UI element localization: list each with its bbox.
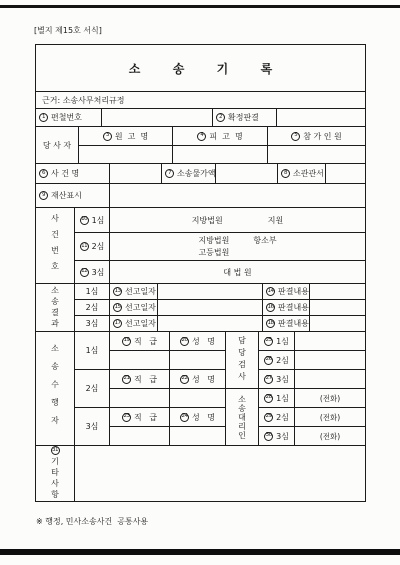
prosecutor-trial1-label: 25 1심 [259, 332, 295, 350]
prosecutor-row-trial1: 25 1심 [259, 332, 365, 351]
circled-number-3: 3 [103, 132, 112, 141]
trial2-label: 11 2심 [75, 233, 110, 260]
case-number-section: 사건번호 10 1심 지방법원 지원 [36, 208, 365, 284]
verdict-content-value [310, 300, 365, 315]
prosecutor-label: 담당검사 [226, 332, 259, 388]
rank-value [110, 389, 170, 407]
case-number-grid: 10 1심 지방법원 지원 11 [75, 208, 365, 283]
attorney-trial1-value: (전화) [295, 389, 365, 407]
etc-section: 31 기타사항 [36, 446, 365, 501]
circled-number-12: 12 [80, 268, 89, 277]
circled-number-28: 28 [264, 394, 273, 403]
verdict-date-label: 15 선고일자 [110, 300, 158, 315]
prosecutor-block: 담당검사 25 1심 [226, 332, 365, 389]
competent-office-label: 8 소관관서 [278, 164, 326, 183]
performer-header-row: 23 직 급 24 성 명 [110, 408, 225, 427]
parties-header-row: 3 원 고 명 4 피 고 명 5 참 가 인 원 [79, 127, 365, 146]
verdict-date-label: 13 선고일자 [110, 284, 158, 299]
circled-number-1: 1 [39, 113, 48, 122]
circled-number-2: 2 [216, 113, 225, 122]
parties-grid: 3 원 고 명 4 피 고 명 5 참 가 인 원 [79, 127, 365, 163]
performer-section: 소송수행자 1심 19 직 급 20 [36, 332, 365, 446]
defendant-name-header: 4 피 고 명 [173, 127, 268, 145]
intervenor-count-value [268, 146, 365, 163]
attorney-trial3-label: 30 3심 [259, 427, 295, 445]
attorney-trial2-value: (전화) [295, 408, 365, 426]
final-judgment-label: 2 확정판결 [213, 109, 277, 126]
circled-number-4: 4 [197, 132, 206, 141]
verdict-content-label: 18 판결내용 [263, 316, 310, 331]
prosecutor-row-trial2: 26 2심 [259, 351, 365, 370]
final-judgment-value [277, 109, 365, 126]
performer-section-label: 소송수행자 [36, 332, 75, 445]
result-row-trial1: 1심 13 선고일자 14 판결내용 [75, 284, 365, 300]
supreme-court-text: 대 법 원 [110, 261, 365, 283]
trial1-court-cell: 지방법원 지원 [110, 208, 365, 232]
case-number-row-trial2: 11 2심 지방법원 고등법원 항소부 [75, 233, 365, 261]
circled-number-8: 8 [281, 169, 290, 178]
attorney-block: 소송대리인 28 1심 (전화) [226, 389, 365, 445]
attorney-label: 소송대리인 [226, 389, 259, 445]
circled-number-16: 16 [266, 303, 275, 312]
circled-number-13: 13 [113, 287, 122, 296]
circled-number-18: 18 [266, 319, 275, 328]
circled-number-7: 7 [165, 169, 174, 178]
prosecutor-row-trial3: 27 3심 [259, 370, 365, 388]
circled-number-15: 15 [113, 303, 122, 312]
attorney-row-trial2: 29 2심 (전화) [259, 408, 365, 427]
prosecutor-trial1-value [295, 332, 365, 350]
basis-text: 근거: 소송사무처리규정 [36, 92, 365, 108]
circled-number-5: 5 [291, 132, 300, 141]
rank-header: 19 직 급 [110, 332, 170, 350]
district-court-text: 지방법원 [192, 215, 223, 226]
litigation-record-table: 소 송 기 록 근거: 소송사무처리규정 1 편철번호 2 확정판결 당 사 자 [35, 44, 366, 502]
circled-number-24: 24 [180, 413, 189, 422]
plaintiff-name-value [79, 146, 173, 163]
etc-value [75, 446, 365, 501]
result-trial2-label: 2심 [75, 300, 110, 315]
circled-number-14: 14 [266, 287, 275, 296]
circled-number-25: 25 [264, 337, 273, 346]
circled-number-21: 21 [122, 375, 131, 384]
attorney-trial2-label: 29 2심 [259, 408, 295, 426]
circled-number-6: 6 [39, 169, 48, 178]
case-name-label: 6 사 건 명 [36, 164, 110, 183]
prosecutor-trial2-value [295, 351, 365, 369]
circled-number-31: 31 [51, 446, 60, 455]
scan-artifact-bottom-bar [0, 549, 400, 555]
trial1-label: 10 1심 [75, 208, 110, 232]
performer-grid: 1심 19 직 급 20 성 명 [75, 332, 226, 445]
circled-number-22: 22 [180, 375, 189, 384]
result-section-label: 소송결과 [36, 284, 75, 331]
performer-value-row [110, 389, 225, 407]
circled-number-29: 29 [264, 413, 273, 422]
filing-number-label: 1 편철번호 [36, 109, 102, 126]
rank-header: 21 직 급 [110, 370, 170, 388]
filing-number-value [102, 109, 213, 126]
high-court-text: 고등법원 [198, 248, 229, 257]
circled-number-20: 20 [180, 337, 189, 346]
performer-header-row: 19 직 급 20 성 명 [110, 332, 225, 351]
prosecutor-trial2-label: 26 2심 [259, 351, 295, 369]
result-trial1-label: 1심 [75, 284, 110, 299]
performer-trial3-label: 3심 [75, 408, 110, 445]
trial3-label: 12 3심 [75, 261, 110, 283]
verdict-date-label: 17 선고일자 [110, 316, 158, 331]
defendant-name-value [173, 146, 268, 163]
case-name-value [110, 164, 162, 183]
circled-number-19: 19 [122, 337, 131, 346]
result-trial3-label: 3심 [75, 316, 110, 331]
verdict-content-label: 16 판결내용 [263, 300, 310, 315]
page-title: 소 송 기 록 [121, 60, 280, 77]
intervenor-count-header: 5 참 가 인 원 [268, 127, 365, 145]
filing-judgment-row: 1 편철번호 2 확정판결 [36, 109, 365, 127]
circled-number-27: 27 [264, 375, 273, 384]
property-indication-label: 9 재산표시 [36, 184, 110, 207]
footnote: ※ 행정, 민사소송사건 공통사용 [36, 516, 148, 527]
prosecutor-attorney-grid: 담당검사 25 1심 [226, 332, 365, 445]
attorney-row-trial3: 30 3심 (전화) [259, 427, 365, 445]
property-row: 9 재산표시 [36, 184, 365, 208]
performer-header-row: 21 직 급 22 성 명 [110, 370, 225, 389]
performer-group-trial2: 2심 21 직 급 22 성 명 [75, 370, 225, 408]
suit-amount-value [216, 164, 278, 183]
verdict-content-value [310, 284, 365, 299]
performer-trial1-label: 1심 [75, 332, 110, 369]
rank-header: 23 직 급 [110, 408, 170, 426]
verdict-date-value [158, 316, 263, 331]
verdict-content-label: 14 판결내용 [263, 284, 310, 299]
form-reference: [별지 제15호 서식] [34, 25, 102, 36]
circled-number-10: 10 [80, 216, 89, 225]
name-value [170, 389, 225, 407]
case-number-section-label: 사건번호 [36, 208, 75, 283]
circled-number-26: 26 [264, 356, 273, 365]
circled-number-30: 30 [264, 432, 273, 441]
property-indication-value [110, 184, 365, 207]
scanned-form-page: [별지 제15호 서식] 소 송 기 록 근거: 소송사무처리규정 1 편철번호… [0, 0, 400, 565]
performer-value-row [110, 427, 225, 445]
parties-value-row [79, 146, 365, 163]
attorney-trial3-value: (전화) [295, 427, 365, 445]
performer-trial2-label: 2심 [75, 370, 110, 407]
verdict-content-value [310, 316, 365, 331]
circled-number-17: 17 [113, 319, 122, 328]
suit-amount-label: 7 소송물가액 [162, 164, 216, 183]
case-number-row-trial1: 10 1심 지방법원 지원 [75, 208, 365, 233]
trial2-court-cell: 지방법원 고등법원 항소부 [110, 233, 365, 260]
case-number-row-trial3: 12 3심 대 법 원 [75, 261, 365, 283]
result-row-trial3: 3심 17 선고일자 18 판결내용 [75, 316, 365, 331]
attorney-trial1-label: 28 1심 [259, 389, 295, 407]
rank-value [110, 427, 170, 445]
verdict-date-value [158, 300, 263, 315]
result-row-trial2: 2심 15 선고일자 16 판결내용 [75, 300, 365, 316]
parties-label: 당 사 자 [36, 127, 79, 163]
attorney-row-trial1: 28 1심 (전화) [259, 389, 365, 408]
case-info-row: 6 사 건 명 7 소송물가액 8 소관관서 [36, 164, 365, 184]
name-value [170, 351, 225, 369]
performer-group-trial1: 1심 19 직 급 20 성 명 [75, 332, 225, 370]
result-grid: 1심 13 선고일자 14 판결내용 2심 [75, 284, 365, 331]
scan-artifact-top-bar [0, 5, 400, 8]
name-header: 22 성 명 [170, 370, 225, 388]
basis-row: 근거: 소송사무처리규정 [36, 92, 365, 109]
parties-section: 당 사 자 3 원 고 명 4 피 고 명 5 [36, 127, 365, 164]
prosecutor-trial3-label: 27 3심 [259, 370, 295, 388]
result-section: 소송결과 1심 13 선고일자 14 판결내용 [36, 284, 365, 332]
circled-number-9: 9 [39, 191, 48, 200]
circled-number-11: 11 [80, 242, 89, 251]
performer-value-row [110, 351, 225, 369]
name-header: 20 성 명 [170, 332, 225, 350]
title-row: 소 송 기 록 [36, 45, 365, 92]
etc-section-label: 31 기타사항 [36, 446, 75, 501]
prosecutor-trial3-value [295, 370, 365, 388]
appeal-division-text: 항소부 [253, 235, 276, 247]
plaintiff-name-header: 3 원 고 명 [79, 127, 173, 145]
verdict-date-value [158, 284, 263, 299]
branch-court-text: 지원 [268, 215, 283, 226]
district-court-text: 지방법원 [198, 236, 229, 245]
competent-office-value [326, 164, 365, 183]
performer-group-trial3: 3심 23 직 급 24 성 명 [75, 408, 225, 445]
name-value [170, 427, 225, 445]
rank-value [110, 351, 170, 369]
name-header: 24 성 명 [170, 408, 225, 426]
circled-number-23: 23 [122, 413, 131, 422]
